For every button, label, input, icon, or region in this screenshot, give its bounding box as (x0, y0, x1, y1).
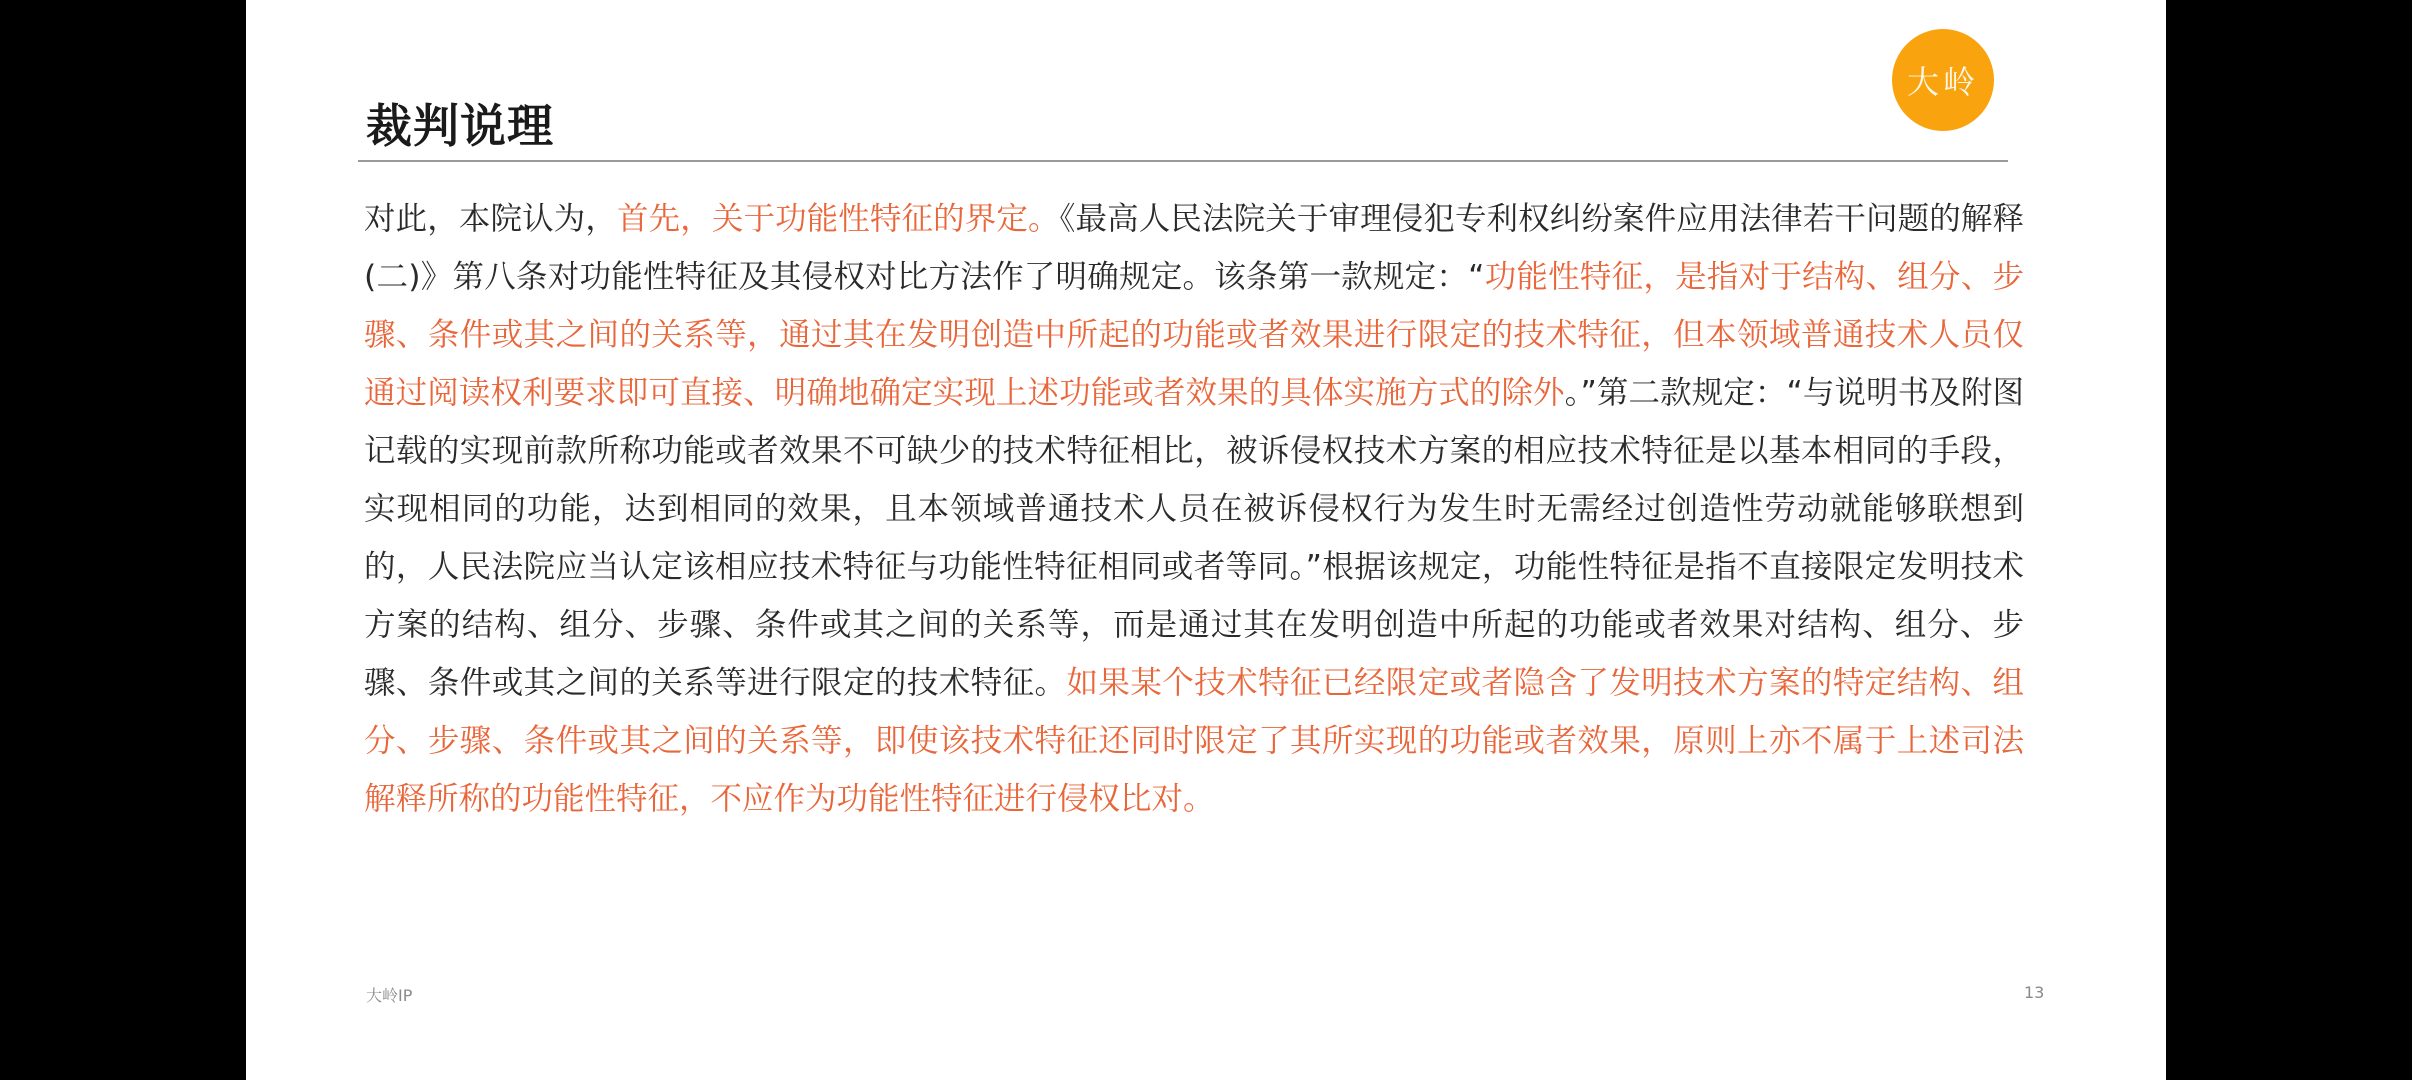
presentation-slide: 裁判说理 大岭 对此，本院认为，首先，关于功能性特征的界定。《最高人民法院关于审… (246, 0, 2166, 1080)
text-segment: 。”第二款规定：“与说明书及附图记载的实现前款所称功能或者效果不可缺少的技术特征… (364, 375, 2024, 701)
brand-logo-icon: 大岭 (1892, 29, 1994, 131)
page-number: 13 (2024, 983, 2044, 1002)
footer-brand: 大岭IP (366, 983, 412, 1006)
title-divider (358, 160, 2008, 162)
logo-text: 大岭 (1907, 57, 1979, 103)
text-segment: 对此，本院认为， (364, 201, 617, 237)
slide-title: 裁判说理 (366, 90, 554, 156)
judgment-reasoning-paragraph: 对此，本院认为，首先，关于功能性特征的界定。《最高人民法院关于审理侵犯专利权纠纷… (364, 190, 2024, 828)
highlighted-text-segment: 首先，关于功能性特征的界定。 (617, 201, 1060, 237)
